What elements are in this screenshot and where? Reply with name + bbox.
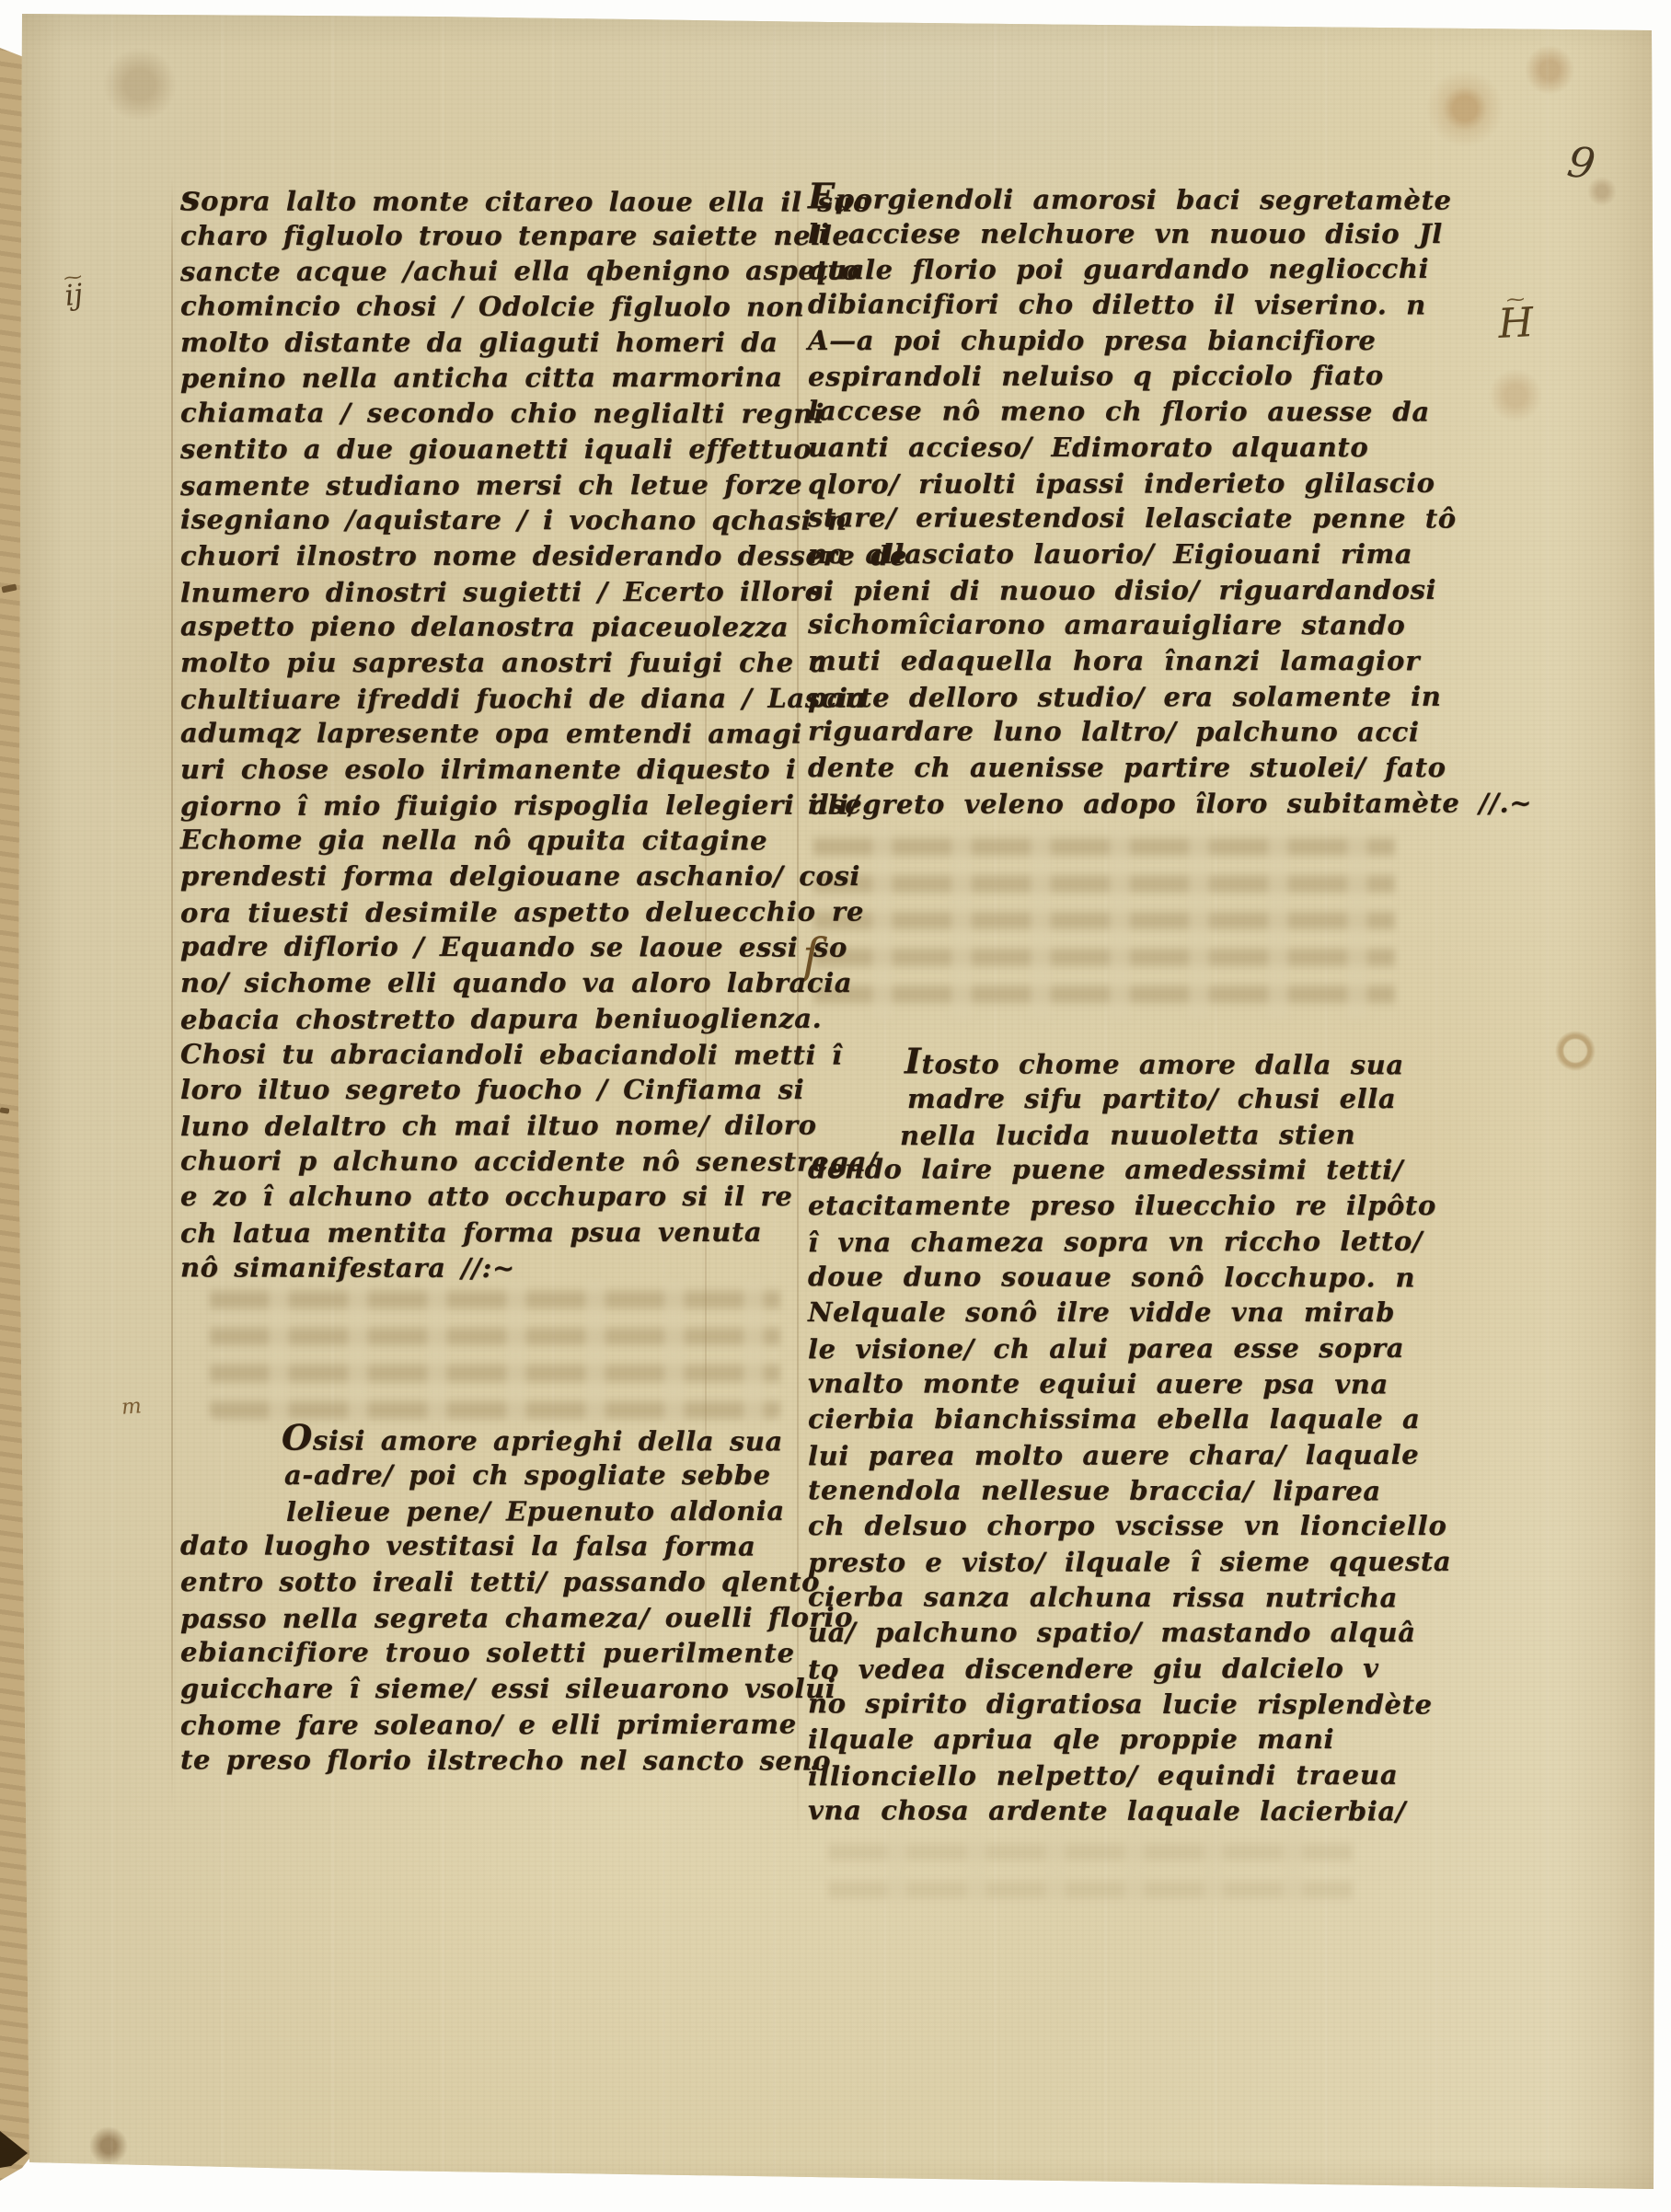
text-block: Osisi amore aprieghi della suaa-adre/ po… xyxy=(180,1422,824,1778)
margin-mark-ij: ⁓ ij xyxy=(63,271,85,311)
margin-mark-h-label: H xyxy=(1497,299,1535,348)
manuscript-line: penino nella anticha citta marmorina xyxy=(180,360,824,397)
manuscript-leaf: ſ sopra lalto monte citareo laoue ella i… xyxy=(0,0,1671,2212)
manuscript-line: le visione/ ch alui parea esse sopra xyxy=(808,1330,1544,1366)
manuscript-line: Nelquale sonô ilre vidde vna mirab xyxy=(808,1295,1544,1331)
manuscript-line: laccese nô meno ch florio auesse da xyxy=(808,393,1544,430)
manuscript-line: lelieue pene/ Epuenuto aldonia xyxy=(286,1492,824,1529)
manuscript-line: vna chosa ardente laquale lacierbia/ xyxy=(808,1792,1544,1829)
manuscript-line: quale florio poi guardando negliocchi xyxy=(808,251,1544,288)
manuscript-line: padre diflorio / Equando se laoue essi s… xyxy=(180,929,824,966)
manuscript-line: dibiancifiori cho diletto il viserino. n xyxy=(808,286,1544,323)
manuscript-line: stare/ eriuestendosi lelasciate penne tô xyxy=(808,500,1544,536)
manuscript-line: cierbia bianchissima ebella laquale a xyxy=(808,1401,1544,1437)
manuscript-line: madre sifu partito/ chusi ella xyxy=(907,1081,1544,1117)
manuscript-line: ch latua mentita forma psua venuta xyxy=(180,1215,824,1251)
manuscript-line: te preso florio ilstrecho nel sancto sen… xyxy=(180,1742,824,1779)
manuscript-line: aspetto pieno delanostra piaceuolezza xyxy=(180,609,824,646)
manuscript-line: prendesti forma delgiouane aschanio/ cos… xyxy=(180,858,824,894)
manuscript-line: Itosto chome amore dalla sua xyxy=(905,1045,1544,1082)
manuscript-line: nella lucida nuuoletta stien xyxy=(900,1116,1544,1153)
scanned-page: ſ sopra lalto monte citareo laoue ella i… xyxy=(0,0,1671,2212)
manuscript-line: ilquale apriua qle proppie mani xyxy=(808,1722,1544,1757)
manuscript-line: li acciese nelchuore vn nuouo disio Jl xyxy=(808,216,1544,252)
folio-number: 9 xyxy=(1564,136,1598,190)
manuscript-line: si pieni di nuouo disio/ riguardandosi xyxy=(808,571,1544,608)
manuscript-line: sichomîciarono amarauigliare stando xyxy=(808,607,1544,644)
manuscript-line: î vna chameza sopra vn riccho letto/ xyxy=(808,1223,1544,1260)
manuscript-line: e zo î alchuno atto occhuparo si il re xyxy=(180,1179,824,1215)
manuscript-line: molto piu sapresta anostri fuuigi che a xyxy=(180,645,824,681)
manuscript-line: dente ch auenisse partire stuolei/ fato xyxy=(808,750,1544,786)
manuscript-line: Eporgiendoli amorosi baci segretamète xyxy=(808,179,1544,216)
manuscript-line: sentito a due giouanetti iquali effettuo xyxy=(180,432,824,467)
text-block: Eporgiendoli amorosi baci segretamèteli … xyxy=(808,180,1544,821)
manuscript-line: A—a poi chupido presa biancifiore xyxy=(808,323,1544,359)
manuscript-line: dendo laire puene amedessimi tetti/ xyxy=(808,1152,1544,1189)
manuscript-line: adumqz lapresente opa emtendi amagi xyxy=(180,716,824,753)
manuscript-line: chultiuare ifreddi fuochi de diana / Las… xyxy=(180,680,824,717)
manuscript-line: isegniano /aquistare / i vochano qchasi … xyxy=(180,502,824,539)
manuscript-line: luno delaltro ch mai iltuo nome/ diloro xyxy=(180,1108,824,1145)
manuscript-line: molto distante da gliaguti homeri da xyxy=(180,325,824,361)
manuscript-line: a-adre/ poi ch spogliate sebbe xyxy=(284,1457,824,1493)
edge-mark xyxy=(0,1107,9,1113)
manuscript-line: riguardare luno laltro/ palchuno acci xyxy=(808,714,1544,751)
manuscript-line: vnalto monte equiui auere psa vna xyxy=(808,1365,1544,1402)
manuscript-line: ebacia chostretto dapura beniuoglienza. xyxy=(180,1000,824,1037)
manuscript-line: tenendola nellesue braccia/ liparea xyxy=(808,1472,1544,1509)
manuscript-line: uri chose esolo ilrimanente diquesto i xyxy=(180,752,824,788)
manuscript-line: ebiancifiore trouo soletti puerilmente xyxy=(180,1635,824,1672)
text-column-right: Eporgiendoli amorosi baci segretamèteli … xyxy=(808,180,1544,1829)
text-column-left: sopra lalto monte citareo laoue ella il … xyxy=(180,182,824,1778)
manuscript-line: illionciello nelpetto/ equindi traeua xyxy=(808,1757,1544,1794)
manuscript-line: dato luogho vestitasi la falsa forma xyxy=(180,1528,824,1565)
manuscript-line: lnumero dinostri sugietti / Ecerto illor… xyxy=(180,573,824,610)
manuscript-line: chuori p alchuno accidente nô senestrega… xyxy=(180,1143,824,1180)
manuscript-line: chuori ilnostro nome desiderando dessere… xyxy=(180,538,824,574)
manuscript-line: giorno î mio fiuigio rispoglia lelegieri… xyxy=(180,787,824,824)
manuscript-line: Chosi tu abraciandoli ebaciandoli metti … xyxy=(180,1036,824,1073)
manuscript-line: no/ sichome elli quando va aloro labraci… xyxy=(180,965,824,1001)
text-block: Itosto chome amore dalla suamadre sifu p… xyxy=(808,1045,1544,1828)
manuscript-line: parte delloro studio/ era solamente in xyxy=(808,678,1544,715)
manuscript-line: muti edaquella hora înanzi lamagior xyxy=(808,643,1544,679)
manuscript-line: qloro/ riuolti ipassi inderieto glilasci… xyxy=(808,465,1544,501)
manuscript-line: samente studiano mersi ch letue forze xyxy=(180,467,824,503)
manuscript-line: chomincio chosi / Odolcie figluolo non xyxy=(180,288,824,325)
manuscript-line: no spirito digratiosa lucie risplendète xyxy=(808,1686,1544,1722)
manuscript-line: guicchare î sieme/ essi sileuarono vsolu… xyxy=(180,1671,824,1707)
manuscript-line: ua/ palchuno spatio/ mastando alquâ xyxy=(808,1615,1544,1651)
manuscript-line: nô simanifestara //:~ xyxy=(180,1250,824,1286)
manuscript-line: uanti accieso/ Edimorato alquanto xyxy=(808,430,1544,466)
margin-mark-m: m xyxy=(121,1396,142,1418)
manuscript-line: no allasciato lauorio/ Eigiouani rima xyxy=(808,536,1544,572)
ink-bleedthrough-bottom xyxy=(828,1833,1353,1905)
manuscript-line: lui parea molto auere chara/ laquale xyxy=(808,1436,1544,1473)
ruling-line-left xyxy=(171,177,173,1815)
manuscript-line: etacitamente preso iluecchio re ilpôto xyxy=(808,1188,1544,1224)
manuscript-line: sancte acque /achui ella qbenigno aspett… xyxy=(180,253,824,290)
manuscript-line: passo nella segreta chameza/ ouelli flor… xyxy=(180,1599,824,1636)
manuscript-line: loro iltuo segreto fuocho / Cinfiama si xyxy=(180,1072,824,1108)
manuscript-line: sopra lalto monte citareo laoue ella il … xyxy=(180,181,824,218)
margin-mark-ij-label: ij xyxy=(63,278,85,313)
manuscript-line: entro sotto ireali tetti/ passando qlent… xyxy=(180,1564,824,1600)
manuscript-line: Osisi amore aprieghi della sua xyxy=(282,1422,824,1458)
text-block: sopra lalto monte citareo laoue ella il … xyxy=(180,182,824,1285)
manuscript-line: chiamata / secondo chio neglialti regni xyxy=(180,396,824,432)
manuscript-line: to vedea discendere giu dalcielo v xyxy=(808,1651,1544,1688)
manuscript-line: doue duno souaue sonô locchupo. n xyxy=(808,1259,1544,1296)
manuscript-line: presto e visto/ ilquale î sieme qquesta xyxy=(808,1544,1544,1581)
manuscript-line: ch delsuo chorpo vscisse vn lionciello xyxy=(808,1508,1544,1544)
manuscript-line: Echome gia nella nô qpuita citagine xyxy=(180,823,824,859)
manuscript-line: ora tiuesti desimile aspetto deluecchio … xyxy=(180,893,824,930)
margin-mark-h: ⁓ H xyxy=(1497,294,1535,345)
manuscript-line: cierba sanza alchuna rissa nutricha xyxy=(808,1579,1544,1616)
manuscript-line: espirandoli neluiso q picciolo fiato xyxy=(808,358,1544,395)
manuscript-line: charo figluolo trouo tenpare saiette nel… xyxy=(180,218,824,254)
manuscript-line: chome fare soleano/ e elli primierame xyxy=(180,1706,824,1743)
manuscript-line: ilsegreto veleno adopo îloro subitamète … xyxy=(808,785,1544,822)
